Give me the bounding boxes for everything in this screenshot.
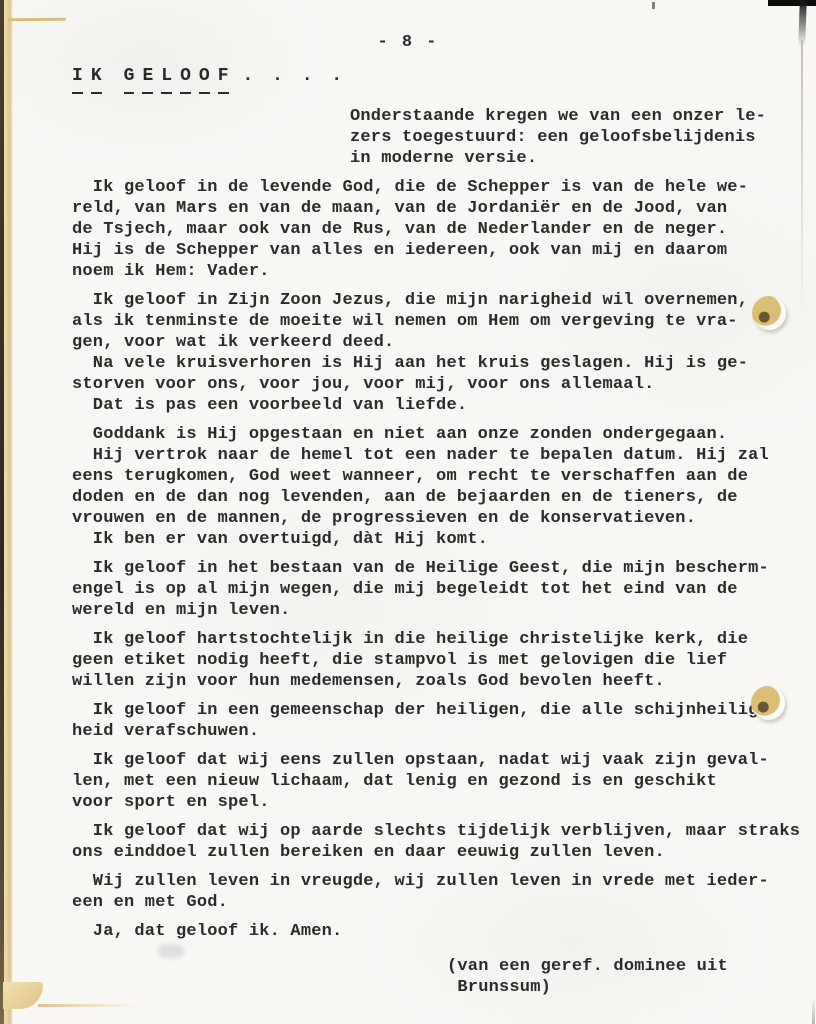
page-title: IK GELOOF. . . . — [72, 63, 816, 94]
body-paragraph-3: Goddank is Hij opgestaan en niet aan onz… — [72, 424, 816, 550]
page-number: - 8 - — [0, 32, 816, 53]
scan-edge-left-tan — [4, 0, 13, 1024]
body-paragraph-5: Ik geloof hartstochtelijk in die heilige… — [72, 629, 816, 692]
body-paragraph-6: Ik geloof in een gemeenschap der heilige… — [72, 700, 816, 742]
body-paragraph-4: Ik geloof in het bestaan van de Heilige … — [72, 558, 816, 621]
scan-edge-bottomleft-curl — [3, 982, 43, 1009]
body-paragraph-1: Ik geloof in de levende God, die de Sche… — [72, 177, 816, 282]
body-paragraph-2: Ik geloof in Zijn Zoon Jezus, die mijn n… — [72, 290, 816, 416]
scan-edge-left-dark — [0, 0, 4, 1024]
page-title-letters: IK GELOOF — [72, 66, 237, 86]
scan-edge-topleft-line — [8, 18, 66, 22]
body-paragraph-8: Ik geloof dat wij op aarde slechts tijde… — [72, 821, 816, 863]
page-title-dots: . . . . — [243, 63, 347, 89]
signature-attribution: (van een geref. dominee uit Brunssum) — [447, 956, 816, 998]
scanned-document-page: - 8 - IK GELOOF. . . . Onderstaande kreg… — [0, 0, 816, 1024]
body-paragraph-9: Wij zullen leven in vreugde, wij zullen … — [72, 871, 816, 913]
scan-edge-bottomright — [812, 998, 815, 1024]
scan-edge-bottomleft-line — [38, 1004, 138, 1007]
intro-note: Onderstaande kregen we van een onzer le-… — [350, 106, 816, 169]
body-paragraph-7: Ik geloof dat wij eens zullen opstaan, n… — [72, 750, 816, 813]
body-paragraph-10: Ja, dat geloof ik. Amen. — [72, 921, 816, 942]
scan-edge-topright-bar — [768, 0, 816, 6]
scan-smudge — [158, 944, 184, 958]
scan-speck — [652, 2, 655, 9]
